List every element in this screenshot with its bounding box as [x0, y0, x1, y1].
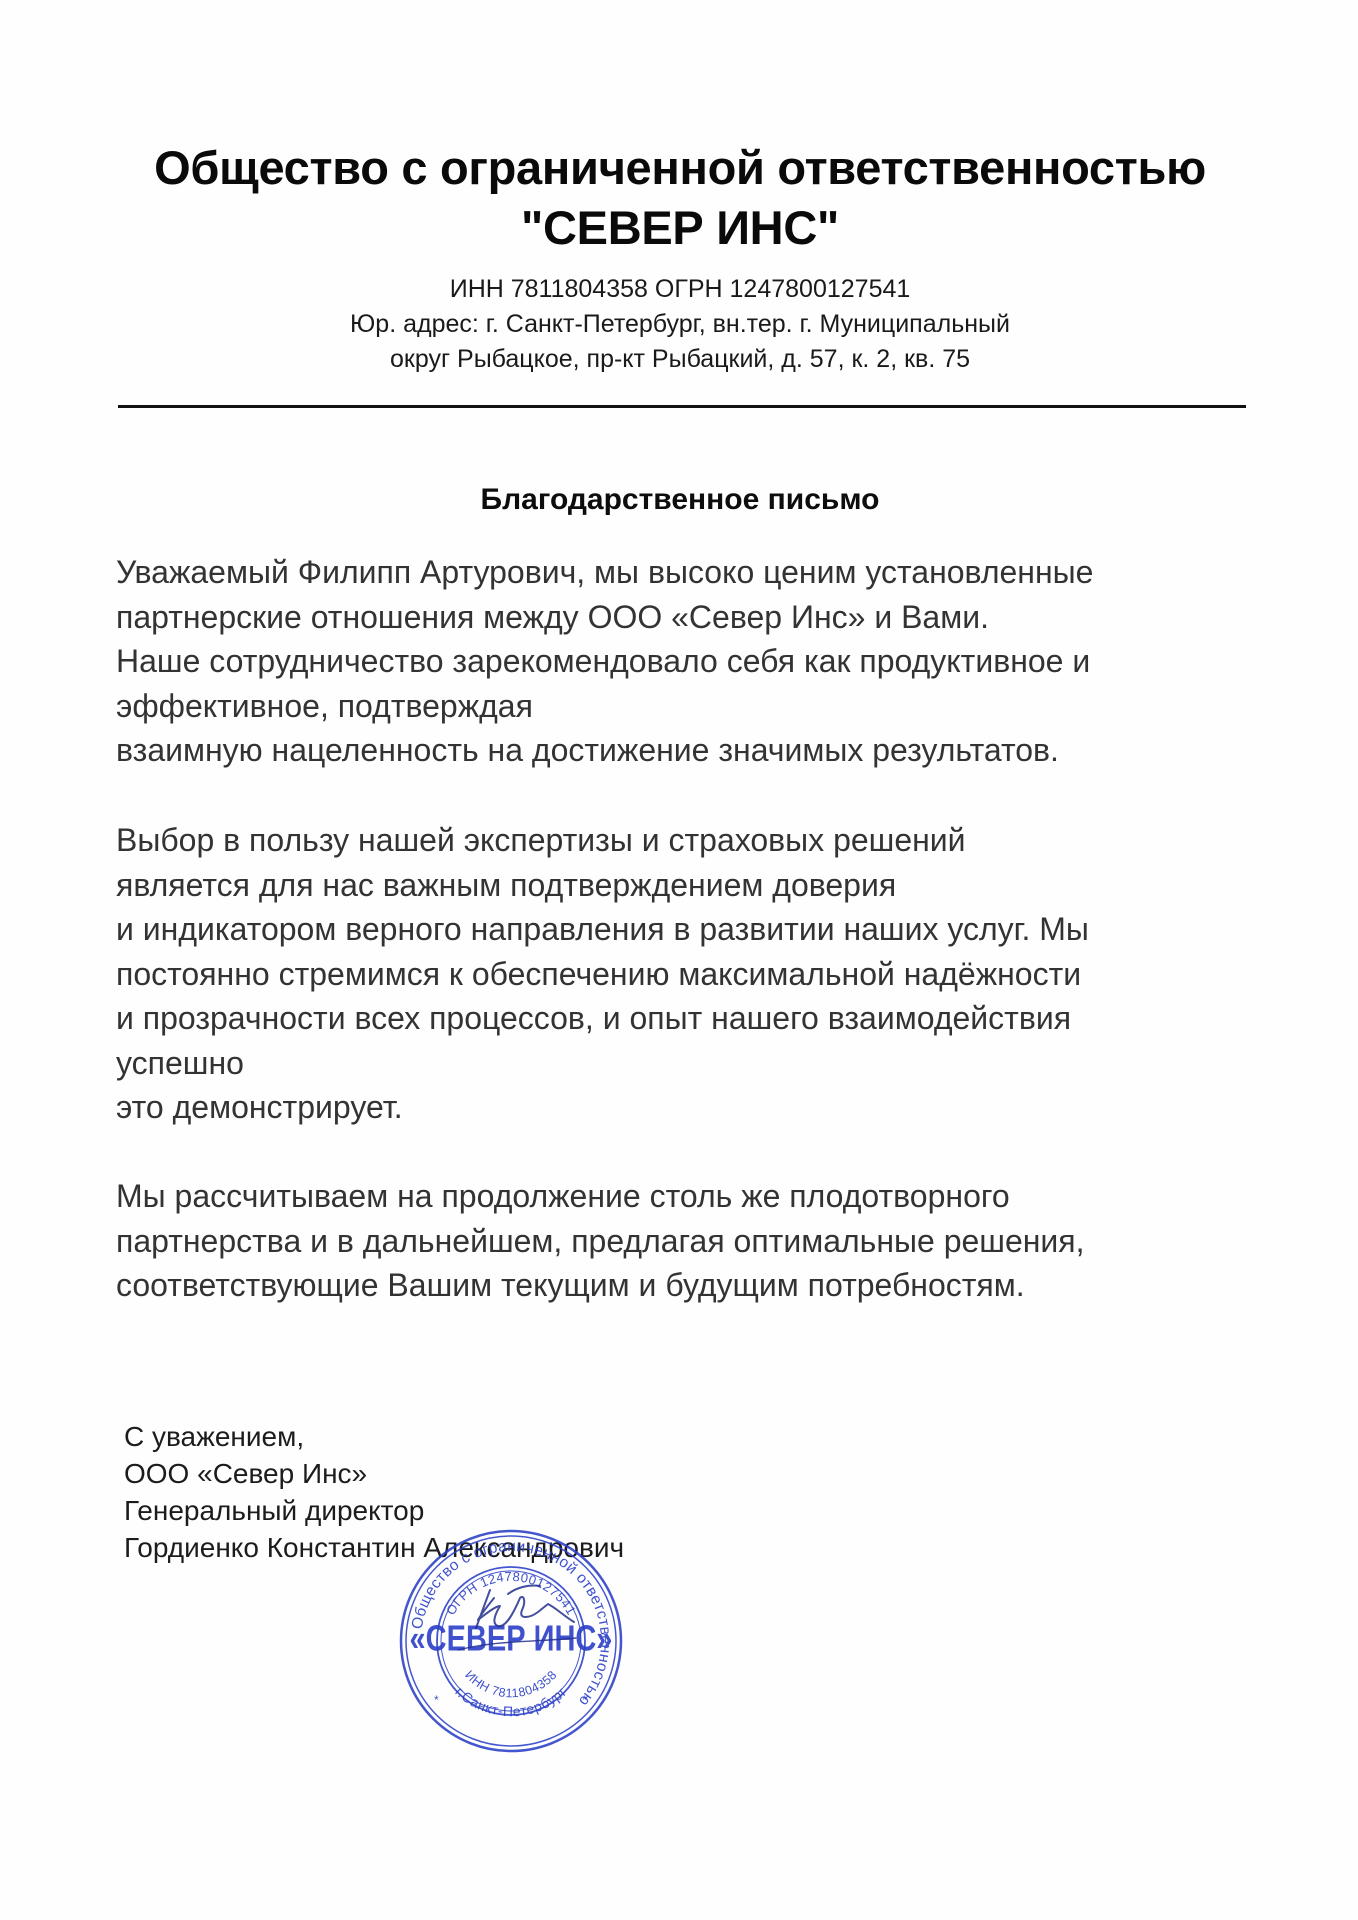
- text-line: является для нас важным подтверждением д…: [116, 863, 1266, 908]
- org-title-line-1: Общество с ограниченной ответственностью: [100, 138, 1260, 198]
- stamp-center-text: «СЕВЕР ИНС»: [410, 1617, 613, 1658]
- registration-numbers: ИНН 7811804358 ОГРН 1247800127541: [200, 272, 1160, 307]
- stamp-star-right-icon: *: [582, 1693, 587, 1707]
- text-line: это демонстрирует.: [116, 1085, 1266, 1130]
- text-line: постоянно стремимся к обеспечению максим…: [116, 952, 1266, 997]
- text-line: взаимную нацеленность на достижение знач…: [116, 728, 1266, 773]
- signatory-position: Генеральный директор: [124, 1492, 624, 1529]
- text-line: соответствующие Вашим текущим и будущим …: [116, 1263, 1266, 1308]
- text-line: партнерские отношения между ООО «Север И…: [116, 595, 1266, 640]
- letter-page: Общество с ограниченной ответственностью…: [0, 0, 1358, 1920]
- paragraph-2: Выбор в пользу нашей экспертизы и страхо…: [116, 818, 1266, 1130]
- letter-title: Благодарственное письмо: [100, 480, 1260, 520]
- text-line: Наше сотрудничество зарекомендовало себя…: [116, 639, 1266, 684]
- stamp-star-left-icon: *: [434, 1693, 439, 1707]
- organization-title: Общество с ограниченной ответственностью…: [100, 138, 1260, 258]
- text-line: и прозрачности всех процессов, и опыт на…: [116, 996, 1266, 1041]
- text-line: Мы рассчитываем на продолжение столь же …: [116, 1174, 1266, 1219]
- paragraph-3: Мы рассчитываем на продолжение столь же …: [116, 1174, 1266, 1308]
- text-line: эффективное, подтверждая: [116, 684, 1266, 729]
- text-line: Уважаемый Филипп Артурович, мы высоко це…: [116, 550, 1266, 595]
- text-line: партнерства и в дальнейшем, предлагая оп…: [116, 1219, 1266, 1264]
- legal-address-line-2: округ Рыбацкое, пр-кт Рыбацкий, д. 57, к…: [200, 342, 1160, 377]
- organization-details: ИНН 7811804358 ОГРН 1247800127541 Юр. ад…: [200, 272, 1160, 377]
- text-line: и индикатором верного направления в разв…: [116, 907, 1266, 952]
- text-line: успешно: [116, 1041, 1266, 1086]
- org-title-line-2: "СЕВЕР ИНС": [100, 198, 1260, 258]
- text-line: Выбор в пользу нашей экспертизы и страхо…: [116, 818, 1266, 863]
- legal-address-line-1: Юр. адрес: г. Санкт-Петербург, вн.тер. г…: [200, 307, 1160, 342]
- company-seal-stamp: Общество с ограниченной ответственностью…: [398, 1528, 624, 1754]
- closing: С уважением,: [124, 1418, 624, 1455]
- header-divider: [118, 405, 1246, 408]
- signatory-company: ООО «Север Инс»: [124, 1455, 624, 1492]
- paragraph-1: Уважаемый Филипп Артурович, мы высоко це…: [116, 550, 1266, 773]
